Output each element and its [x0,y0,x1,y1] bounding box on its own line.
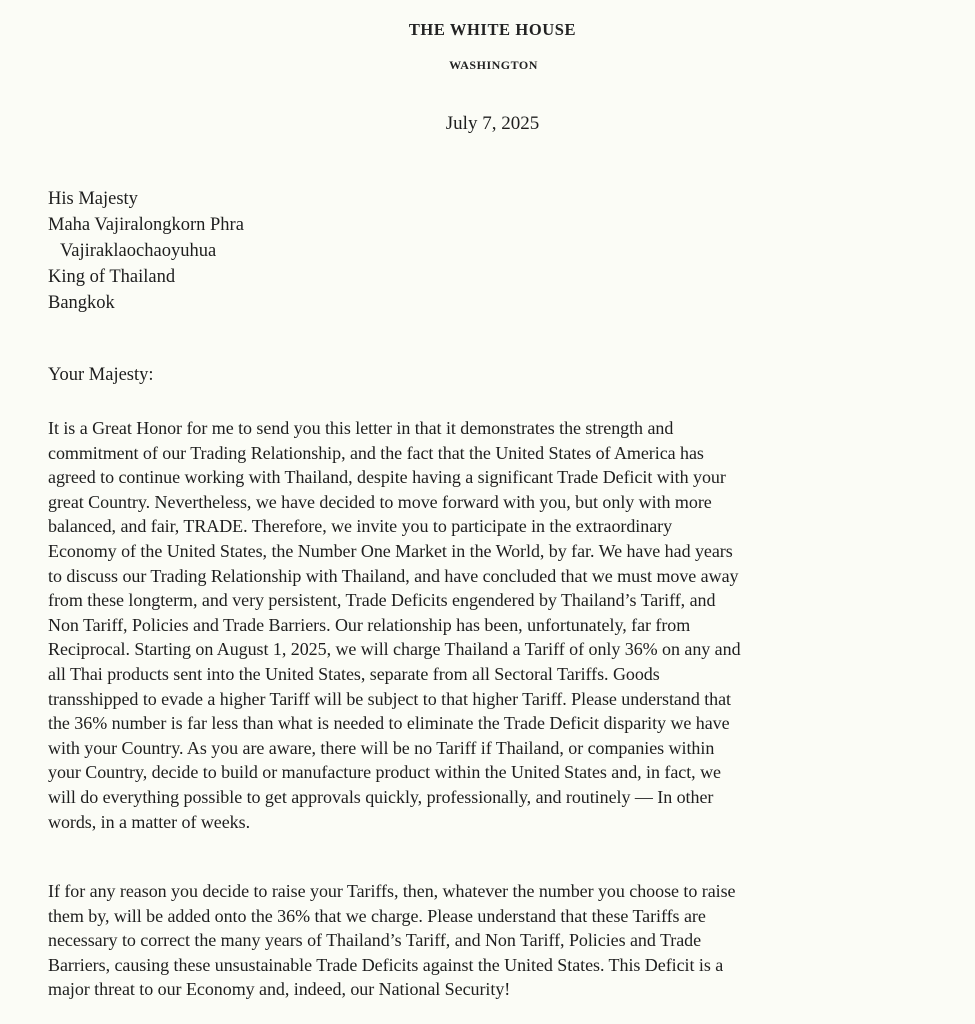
letter-page: THE WHITE HOUSE WASHINGTON July 7, 2025 … [0,0,975,1024]
paragraph-line: transshipped to evade a higher Tariff wi… [48,687,963,712]
paragraph-line: balanced, and fair, TRADE. Therefore, we… [48,514,963,539]
paragraph-line: the 36% number is far less than what is … [48,711,963,736]
paragraph-line: necessary to correct the many years of T… [48,928,963,953]
paragraph-line: your Country, decide to build or manufac… [48,760,963,785]
paragraph-line: Barriers, causing these unsustainable Tr… [48,953,963,978]
paragraph-line: with your Country. As you are aware, the… [48,736,963,761]
paragraph-line: commitment of our Trading Relationship, … [48,441,963,466]
letterhead-title: THE WHITE HOUSE [10,20,975,40]
paragraph-line: great Country. Nevertheless, we have dec… [48,490,963,515]
recipient-line: King of Thailand [48,264,244,290]
letterhead-city: WASHINGTON [12,58,975,73]
recipient-line: His Majesty [48,186,244,212]
paragraph-line: Non Tariff, Policies and Trade Barriers.… [48,613,963,638]
paragraph-line: to discuss our Trading Relationship with… [48,564,963,589]
paragraph-line: from these longterm, and very persistent… [48,588,963,613]
paragraph-line: will do everything possible to get appro… [48,785,963,810]
salutation: Your Majesty: [48,365,154,386]
paragraph-line: If for any reason you decide to raise yo… [48,879,963,904]
paragraph-line: agreed to continue working with Thailand… [48,465,963,490]
paragraph-line: major threat to our Economy and, indeed,… [48,977,963,1002]
paragraph-line: all Thai products sent into the United S… [48,662,963,687]
paragraph-line: Reciprocal. Starting on August 1, 2025, … [48,637,963,662]
letterhead: THE WHITE HOUSE WASHINGTON [0,20,975,73]
paragraph-line: them by, will be added onto the 36% that… [48,904,963,929]
paragraph-line: words, in a matter of weeks. [48,810,963,835]
letter-date: July 7, 2025 [10,113,975,135]
body-paragraph-1: It is a Great Honor for me to send you t… [48,416,963,834]
recipient-line: Maha Vajiralongkorn Phra [48,212,244,238]
recipient-line: Bangkok [48,290,244,316]
recipient-address: His Majesty Maha Vajiralongkorn Phra Vaj… [48,186,244,316]
recipient-line: Vajiraklaochaoyuhua [48,238,244,264]
paragraph-line: Economy of the United States, the Number… [48,539,963,564]
body-paragraph-2: If for any reason you decide to raise yo… [48,879,963,1002]
paragraph-line: It is a Great Honor for me to send you t… [48,416,963,441]
